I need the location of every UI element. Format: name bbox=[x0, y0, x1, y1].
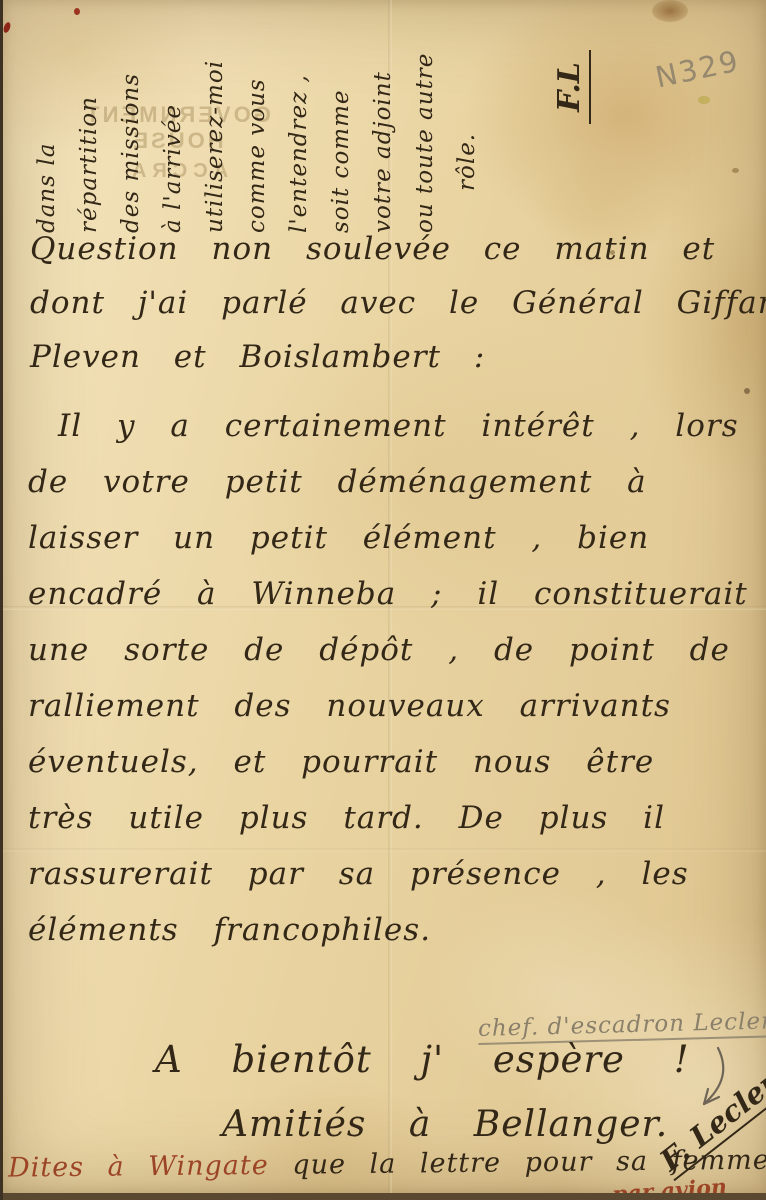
farewell-line: Amitiés à Bellanger. bbox=[222, 1104, 668, 1145]
letter-line: de votre petit déménagement à bbox=[28, 454, 748, 510]
letter-line: laisser un petit élément , bien bbox=[28, 510, 748, 566]
marginal-note-vertical: dans la répartition des missions à l'arr… bbox=[26, 0, 488, 233]
scan-edge-bottom bbox=[0, 1193, 766, 1200]
letter-line: éléments francophiles. bbox=[28, 902, 748, 958]
marginal-note-line: à l'arrivée bbox=[152, 0, 194, 233]
marginal-note-line: votre adjoint bbox=[362, 0, 404, 233]
marginal-note-line: répartition bbox=[68, 0, 110, 233]
reference-initials: F.L bbox=[552, 50, 591, 124]
scan-edge-left bbox=[0, 0, 3, 1200]
letter-line: très utile plus tard. De plus il bbox=[28, 790, 748, 846]
letter-line: Question non soulevée ce matin et bbox=[30, 222, 766, 276]
marginal-note-line: ou toute autre bbox=[404, 0, 446, 233]
letter-line: encadré à Winneba ; il constituerait bbox=[28, 566, 748, 622]
marginal-note-line: rôle. bbox=[446, 0, 488, 233]
marginal-note-line: soit comme bbox=[320, 0, 362, 233]
postscript-part-red: Dites à Wingate bbox=[8, 1150, 293, 1184]
closing-line: A bientôt j' espère ! bbox=[155, 1038, 690, 1081]
marginal-note-line: l'entendrez , bbox=[278, 0, 320, 233]
marginal-note-line: comme vous bbox=[236, 0, 278, 233]
letter-line: Il y a certainement intérêt , lors bbox=[28, 398, 748, 454]
letter-line: rassurerait par sa présence , les bbox=[28, 846, 748, 902]
marginal-note-line: dans la bbox=[26, 0, 68, 233]
letter-line: ralliement des nouveaux arrivants bbox=[28, 678, 748, 734]
letter-line: Pleven et Boislambert : bbox=[30, 330, 766, 384]
paragraph-1: Question non soulevée ce matin et dont j… bbox=[30, 222, 766, 384]
marginal-note-line: des missions bbox=[110, 0, 152, 233]
letter-line: éventuels, et pourrait nous être bbox=[28, 734, 748, 790]
paragraph-2: Il y a certainement intérêt , lors de vo… bbox=[28, 398, 748, 958]
letter-line: une sorte de dépôt , de point de bbox=[28, 622, 748, 678]
letter-line: dont j'ai parlé avec le Général Giffard, bbox=[30, 276, 766, 330]
marginal-note-line: utiliserez-moi bbox=[194, 0, 236, 233]
